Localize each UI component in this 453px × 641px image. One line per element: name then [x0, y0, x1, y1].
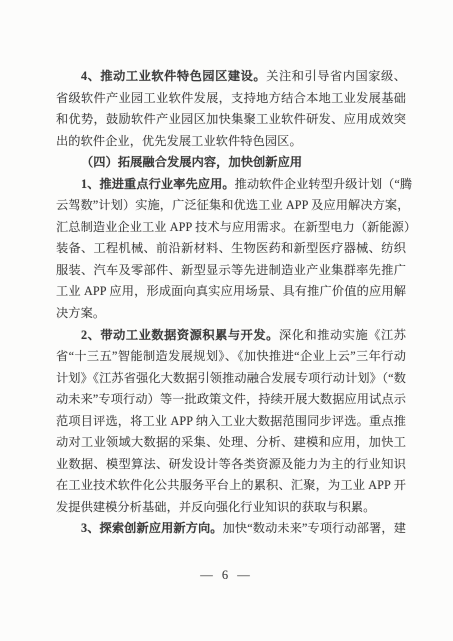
text-segment: 服装、汽车及零部件、新型显示等先进制造业产业集群率先推广: [56, 263, 406, 277]
text-segment: 范项目评选，将工业 APP 纳入工业大数据范围同步评选。重点推: [56, 414, 406, 428]
text-line: 业数据、模型算法、研发设计等各类资源及能力为主的行业知识: [56, 454, 406, 476]
text-segment: 关注和引导省内国家级、: [266, 69, 406, 83]
text-line: 决方案。: [56, 303, 406, 325]
text-segment: 动未来”专项行动）等一批政策文件，持续开展大数据应用试点示: [56, 392, 406, 406]
text-line: 服装、汽车及零部件、新型显示等先进制造业产业集群率先推广: [56, 260, 406, 282]
text-segment: 工业 APP 应用，形成面向真实应用场景、具有推广价值的应用解: [56, 284, 406, 298]
text-segment: 加快“数动未来”专项行动部署，建: [223, 521, 406, 535]
text-line: 省级软件产业园工业软件发展，支持地方结合本地工业发展基础: [56, 88, 406, 110]
text-line: 出的软件企业，优先发展工业软件特色园区。: [56, 131, 406, 153]
text-line: 装备、工程机械、前沿新材料、生物医药和新型医疗器械、纺织: [56, 238, 406, 260]
text-segment: 动对工业领域大数据的采集、处理、分析、建模和应用，加快工: [56, 435, 406, 449]
text-segment: 业数据、模型算法、研发设计等各类资源及能力为主的行业知识: [56, 457, 406, 471]
text-line: 发提供建模分析基础，并反向强化行业知识的获取与积累。: [56, 497, 406, 519]
bold-text-segment: 3、探索创新应用新方向。: [81, 521, 223, 535]
text-line: 云驾数”计划）实施，广泛征集和优选工业 APP 及应用解决方案，: [56, 195, 406, 217]
text-line: 2、带动工业数据资源积累与开发。深化和推动实施《江苏: [56, 325, 406, 347]
bold-text-segment: （四）拓展融合发展内容，加快创新应用: [81, 155, 302, 169]
page-number: — 6 —: [0, 568, 453, 583]
text-segment: 发提供建模分析基础，并反向强化行业知识的获取与积累。: [56, 500, 375, 514]
text-line: 1、推进重点行业率先应用。推动软件企业转型升级计划（“腾: [56, 174, 406, 196]
text-segment: 汇总制造业企业工业 APP 技术与应用需求。在新型电力（新能源）: [56, 220, 416, 234]
bold-text-segment: 4、推动工业软件特色园区建设。: [81, 69, 266, 83]
text-segment: 省“十三五”智能制造发展规划》、《加快推进“企业上云”三年行动: [56, 349, 406, 363]
text-segment: 出的软件企业，优先发展工业软件特色园区。: [56, 134, 302, 148]
text-line: 和优势，鼓励软件产业园区加快集聚工业软件研发、应用成效突: [56, 109, 406, 131]
text-segment: 云驾数”计划）实施，广泛征集和优选工业 APP 及应用解决方案，: [56, 198, 409, 212]
text-line: 汇总制造业企业工业 APP 技术与应用需求。在新型电力（新能源）: [56, 217, 406, 239]
text-line: （四）拓展融合发展内容，加快创新应用: [56, 152, 406, 174]
bold-text-segment: 2、带动工业数据资源积累与开发。: [81, 328, 279, 342]
text-segment: 在工业技术软件化公共服务平台上的累积、汇聚，为工业 APP 开: [56, 478, 406, 492]
text-segment: 和优势，鼓励软件产业园区加快集聚工业软件研发、应用成效突: [56, 112, 406, 126]
text-segment: 深化和推动实施《江苏: [279, 328, 406, 342]
text-line: 动未来”专项行动）等一批政策文件，持续开展大数据应用试点示: [56, 389, 406, 411]
text-line: 范项目评选，将工业 APP 纳入工业大数据范围同步评选。重点推: [56, 411, 406, 433]
text-line: 动对工业领域大数据的采集、处理、分析、建模和应用，加快工: [56, 432, 406, 454]
text-line: 4、推动工业软件特色园区建设。关注和引导省内国家级、: [56, 66, 406, 88]
text-line: 在工业技术软件化公共服务平台上的累积、汇聚，为工业 APP 开: [56, 475, 406, 497]
text-segment: 装备、工程机械、前沿新材料、生物医药和新型医疗器械、纺织: [56, 241, 406, 255]
text-segment: 决方案。: [56, 306, 105, 320]
text-line: 计划》《江苏省强化大数据引领推动融合发展专项行动计划》（“数: [56, 368, 406, 390]
document-page: 4、推动工业软件特色园区建设。关注和引导省内国家级、省级软件产业园工业软件发展，…: [0, 0, 453, 641]
bold-text-segment: 1、推进重点行业率先应用。: [81, 177, 235, 191]
text-segment: 计划》《江苏省强化大数据引领推动融合发展专项行动计划》（“数: [56, 371, 406, 385]
text-line: 省“十三五”智能制造发展规划》、《加快推进“企业上云”三年行动: [56, 346, 406, 368]
text-segment: 推动软件企业转型升级计划（“腾: [235, 177, 413, 191]
text-line: 工业 APP 应用，形成面向真实应用场景、具有推广价值的应用解: [56, 281, 406, 303]
text-line: 3、探索创新应用新方向。加快“数动未来”专项行动部署，建: [56, 518, 406, 540]
text-segment: 省级软件产业园工业软件发展，支持地方结合本地工业发展基础: [56, 91, 406, 105]
text-block: 4、推动工业软件特色园区建设。关注和引导省内国家级、省级软件产业园工业软件发展，…: [56, 66, 406, 540]
